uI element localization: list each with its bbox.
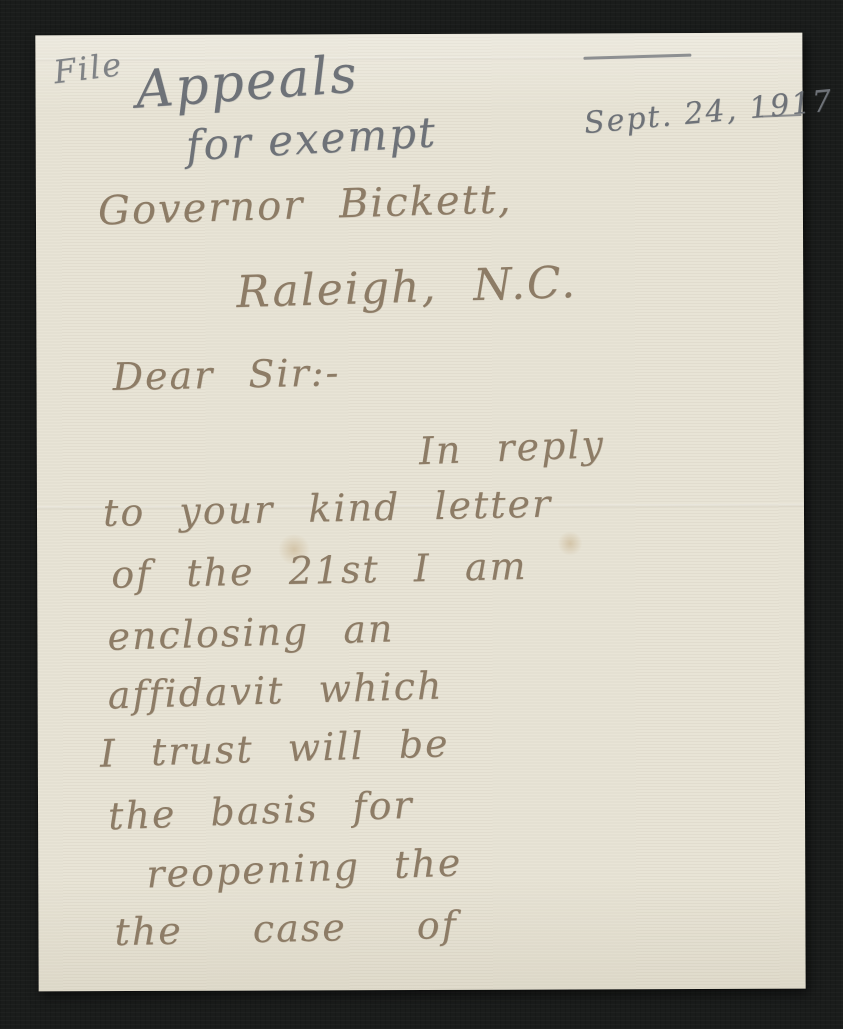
letter-page: File Appeals for exempt Sept. 24, 1917 G… — [35, 33, 805, 992]
pencil-subject-note-word1: Appeals — [134, 45, 361, 121]
body-line: of the 21st I am — [111, 544, 528, 597]
recipient-name-line: Governor Bickett, — [97, 176, 513, 234]
pencil-file-note: File — [51, 45, 125, 91]
paper-stain — [557, 531, 583, 555]
body-line: I trust will be — [99, 721, 450, 775]
body-line: reopening the — [146, 840, 464, 896]
body-line: the case of — [114, 903, 458, 954]
body-line: enclosing an — [107, 606, 395, 658]
body-line: In reply — [418, 422, 606, 473]
pencil-date-annotation: Sept. 24, 1917 — [583, 84, 835, 142]
recipient-city-line: Raleigh, N.C. — [236, 257, 578, 318]
pencil-overline-stroke — [583, 54, 691, 60]
scanned-letter-background: { "page": { "description": "Scanned hand… — [0, 0, 843, 1029]
body-line: affidavit which — [107, 664, 444, 718]
salutation-line: Dear Sir:- — [112, 350, 341, 399]
body-line: to your kind letter — [103, 482, 553, 535]
body-line: the basis for — [107, 783, 414, 839]
pencil-subject-note-word2: for exempt — [185, 107, 439, 170]
